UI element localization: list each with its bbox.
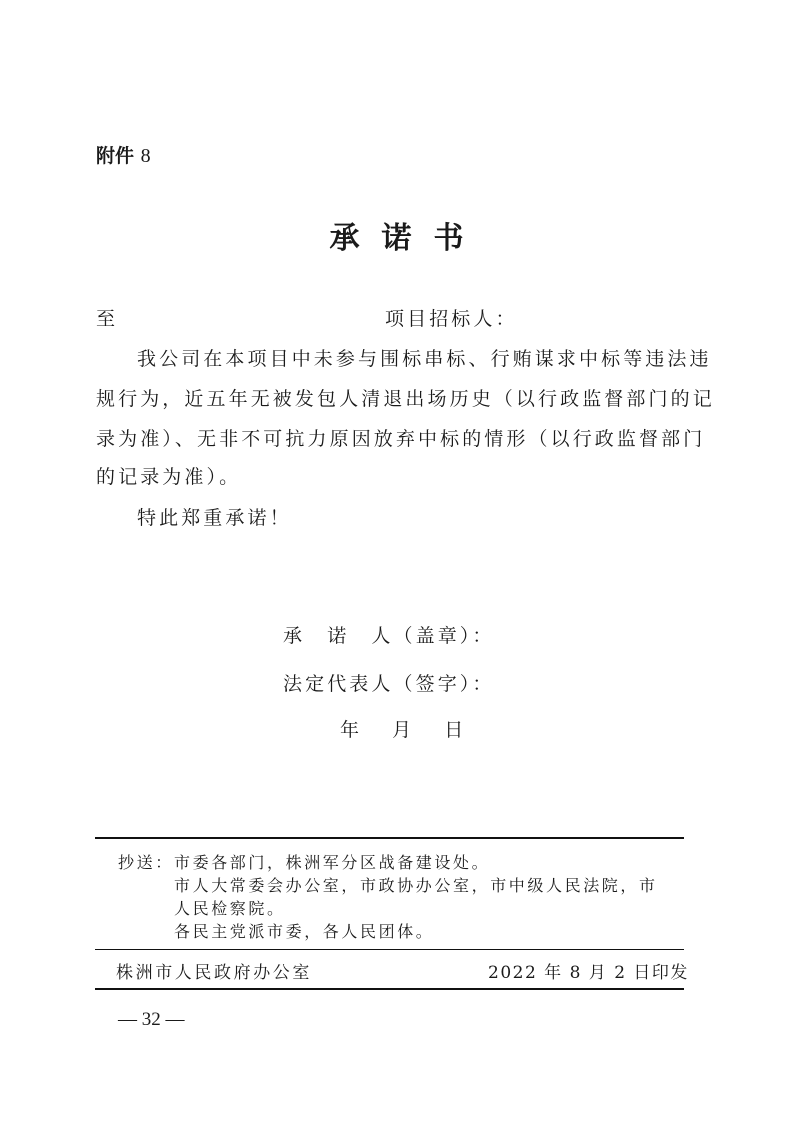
closing-statement: 特此郑重承诺！ bbox=[137, 503, 292, 530]
attachment-number: 8 bbox=[141, 145, 151, 167]
date-year: 年 bbox=[340, 715, 362, 742]
divider-bottom bbox=[95, 988, 684, 990]
issuing-office: 株洲市人民政府办公室 bbox=[116, 958, 312, 983]
addressee-suffix: 项目招标人： bbox=[385, 304, 518, 331]
date-month: 月 bbox=[392, 715, 414, 742]
signature-date: 年月日 bbox=[340, 715, 496, 742]
paragraph-line-3: 录为准）、无非不可抗力原因放弃中标的情形（以行政监督部门 bbox=[96, 424, 705, 451]
divider-middle bbox=[95, 949, 684, 950]
cc-line-4: 各民主党派市委，各人民团体。 bbox=[174, 919, 434, 942]
legal-representative-signature-field: 法定代表人（签字）： bbox=[283, 669, 495, 696]
attachment-label: 附件 8 bbox=[96, 141, 151, 168]
document-title: 承诺书 bbox=[0, 213, 793, 257]
attachment-label-text: 附件 bbox=[96, 145, 134, 167]
cc-line-3: 人民检察院。 bbox=[174, 896, 286, 919]
issue-date: 2022 年 8 月 2 日印发 bbox=[488, 958, 689, 983]
cc-line-2: 市人大常委会办公室，市政协办公室，市中级人民法院，市 bbox=[174, 873, 658, 896]
cc-line-1: 市委各部门，株洲军分区战备建设处。 bbox=[174, 850, 490, 873]
page-number: — 32 — bbox=[118, 1009, 185, 1031]
paragraph-line-4: 的记录为准）。 bbox=[96, 462, 241, 489]
date-day: 日 bbox=[444, 715, 466, 742]
promisor-seal-field: 承 诺 人（盖章）： bbox=[283, 621, 495, 648]
paragraph-line-1: 我公司在本项目中未参与围标串标、行贿谋求中标等违法违 bbox=[137, 344, 712, 371]
cc-label: 抄送： bbox=[118, 850, 174, 873]
addressee-prefix: 至 bbox=[96, 304, 118, 331]
paragraph-line-2: 规行为，近五年无被发包人清退出场历史（以行政监督部门的记 bbox=[96, 384, 715, 411]
divider-top bbox=[95, 837, 684, 839]
